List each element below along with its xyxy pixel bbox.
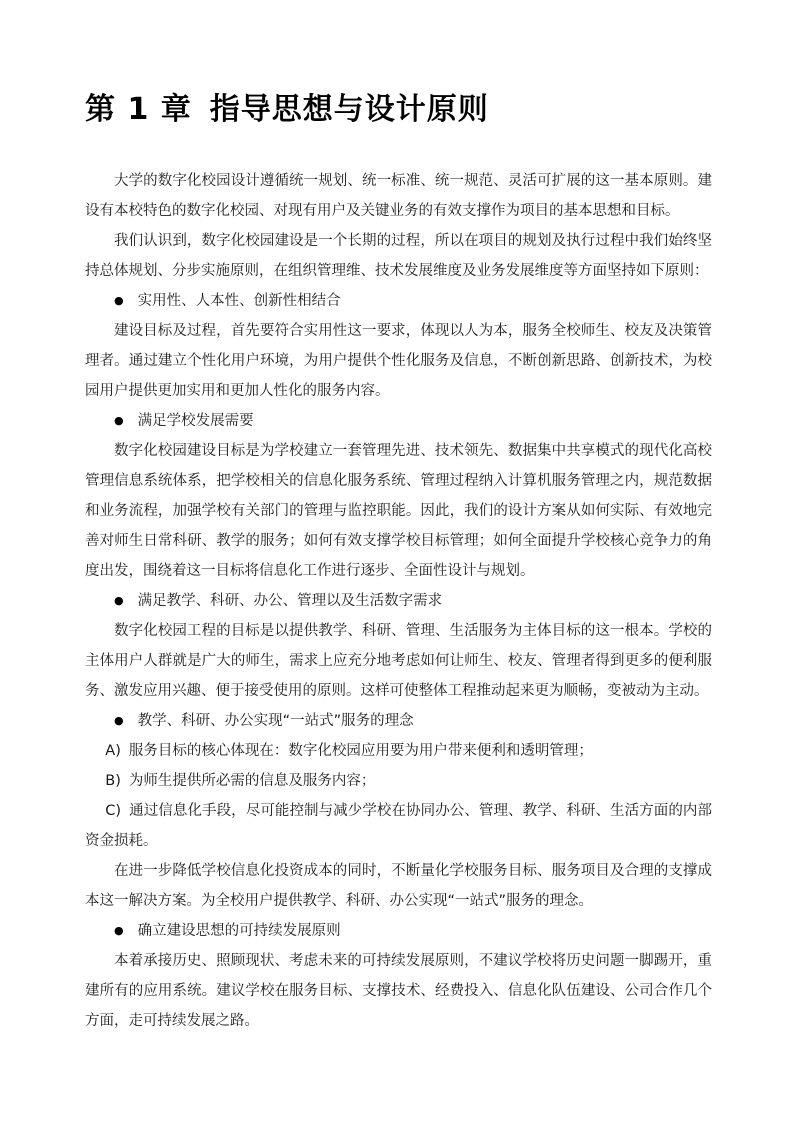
item-label: C) (105, 803, 121, 819)
lettered-item-text: 为师生提供所必需的信息及服务内容； (129, 773, 376, 789)
bullet-item: ●确立建设思想的可持续发展原则 (85, 916, 712, 946)
bullet-icon: ● (114, 586, 124, 616)
paragraph: 本着承接历史、照顾现状、考虑未来的可持续发展原则，不建议学校将历史问题一脚踢开，… (85, 946, 712, 1036)
lettered-item: A)服务目标的核心体现在：数字化校园应用要为用户带来便利和透明管理； (85, 736, 712, 766)
paragraph: 我们认识到，数字化校园建设是一个长期的过程，所以在项目的规划及执行过程中我们始终… (85, 226, 712, 286)
document-content: 第 1 章指导思想与设计原则 大学的数字化校园设计遵循统一规划、统一标准、统一规… (85, 88, 712, 1036)
bullet-icon: ● (114, 286, 124, 316)
item-label: A) (105, 743, 121, 759)
bullet-icon: ● (114, 706, 124, 736)
bullet-item-label: 教学、科研、办公实现“一站式”服务的理念 (138, 713, 414, 729)
chapter-number: 第 1 章 (85, 92, 192, 127)
lettered-item: C)通过信息化手段，尽可能控制与减少学校在协同办公、管理、教学、科研、生活方面的… (85, 796, 712, 856)
lettered-item-text: 服务目标的核心体现在：数字化校园应用要为用户带来便利和透明管理； (129, 743, 593, 759)
bullet-icon: ● (114, 916, 124, 946)
paragraph: 数字化校园工程的目标是以提供教学、科研、管理、生活服务为主体目标的这一根本。学校… (85, 616, 712, 706)
chapter-title: 指导思想与设计原则 (210, 92, 489, 127)
bullet-item: ●实用性、人本性、创新性相结合 (85, 286, 712, 316)
bullet-item-label: 满足学校发展需要 (138, 413, 254, 429)
document-page: 第 1 章指导思想与设计原则 大学的数字化校园设计遵循统一规划、统一标准、统一规… (0, 0, 793, 1122)
bullet-item-label: 确立建设思想的可持续发展原则 (138, 923, 341, 939)
paragraph: 大学的数字化校园设计遵循统一规划、统一标准、统一规范、灵活可扩展的这一基本原则。… (85, 166, 712, 226)
bullet-item: ●满足学校发展需要 (85, 406, 712, 436)
bullet-item-label: 实用性、人本性、创新性相结合 (138, 293, 341, 309)
body-text: 大学的数字化校园设计遵循统一规划、统一标准、统一规范、灵活可扩展的这一基本原则。… (85, 166, 712, 1036)
paragraph: 数字化校园建设目标是为学校建立一套管理先进、技术领先、数据集中共享模式的现代化高… (85, 436, 712, 586)
item-label: B) (105, 773, 121, 789)
lettered-item-text: 通过信息化手段，尽可能控制与减少学校在协同办公、管理、教学、科研、生活方面的内部… (85, 803, 712, 849)
bullet-item-label: 满足教学、科研、办公、管理以及生活数字需求 (138, 593, 443, 609)
paragraph: 在进一步降低学校信息化投资成本的同时，不断量化学校服务目标、服务项目及合理的支撑… (85, 856, 712, 916)
lettered-item: B)为师生提供所必需的信息及服务内容； (85, 766, 712, 796)
paragraph: 建设目标及过程，首先要符合实用性这一要求，体现以人为本，服务全校师生、校友及决策… (85, 316, 712, 406)
bullet-icon: ● (114, 406, 124, 436)
chapter-heading: 第 1 章指导思想与设计原则 (85, 88, 712, 132)
bullet-item: ●教学、科研、办公实现“一站式”服务的理念 (85, 706, 712, 736)
bullet-item: ●满足教学、科研、办公、管理以及生活数字需求 (85, 586, 712, 616)
